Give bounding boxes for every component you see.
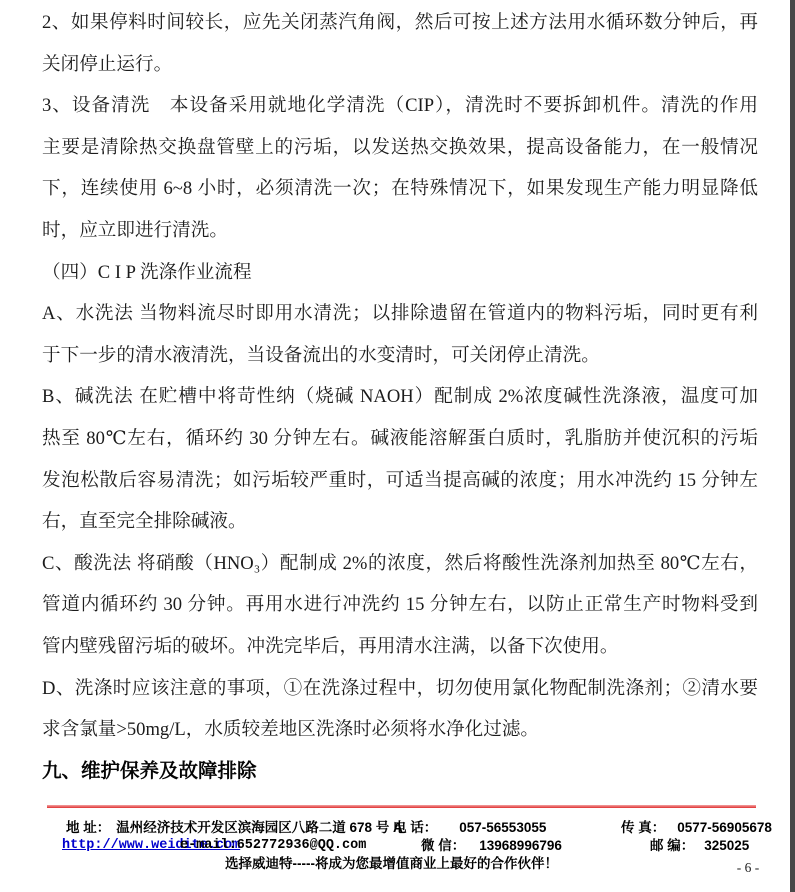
footer-divider-line [47,805,756,808]
fax-label: 传 真： [621,820,665,835]
text-line: A、水洗法 当物料流尽时即用水清洗；以排除遗留在管道内的物料污垢，同时更有利 [42,293,758,335]
email-address: e-mail:652772936@QQ.com [180,837,366,854]
text-line: 下，连续使用 6~8 小时，必须清洗一次；在特殊情况下，如果发现生产能力明显降低 [42,168,758,210]
page-footer: 地 址：温州经济技术开发区滨海园区八路二道 678 号 A 电 话：057-56… [0,815,795,880]
text-line: 3、设备清洗 本设备采用就地化学清洗（CIP），清洗时不要拆卸机件。清洗的作用 [42,85,758,127]
wechat-value: 13968996796 [479,838,562,853]
page-number: - 6 - [720,860,776,876]
footer-tagline: 选择威迪特-----将成为您最增值商业上最好的合作伙伴！ [225,855,558,872]
text-line: 于下一步的清水液清洗，当设备流出的水变清时，可关闭停止清洗。 [42,335,758,377]
text-line: 主要是清除热交换盘管壁上的污垢，以发送热交换效果，提高设备能力，在一般情况 [42,127,758,169]
text-line: （四）C I P 洗涤作业流程 [42,252,758,294]
postcode-label: 邮 编： [650,838,694,853]
section-heading: 九、维护保养及故障排除 [42,751,758,793]
footer-wechat: 微 信：13968996796 [421,837,562,854]
phone-value: 057-56553055 [459,820,546,835]
phone-label: 电 话： [393,820,437,835]
text-line: 求含氯量>50mg/L，水质较差地区洗涤时必须将水净化过滤。 [42,709,758,751]
text-line: 右，直至完全排除碱液。 [42,501,758,543]
fax-value: 0577-56905678 [677,820,772,835]
address-label: 地 址： [66,820,110,835]
page-right-edge [790,0,795,892]
footer-address: 地 址：温州经济技术开发区滨海园区八路二道 678 号 A [66,819,403,836]
footer-phone: 电 话：057-56553055 [393,819,546,836]
address-value: 温州经济技术开发区滨海园区八路二道 678 号 A [116,820,403,835]
text-line: 热至 80℃左右，循环约 30 分钟左右。碱液能溶解蛋白质时，乳脂肪并使沉积的污… [42,418,758,460]
footer-fax: 传 真：0577-56905678 [621,819,772,836]
text-line: 2、如果停料时间较长，应先关闭蒸汽角阀，然后可按上述方法用水循环数分钟后，再 [42,2,758,44]
text-line: 管内壁残留污垢的破坏。冲洗完毕后，再用清水注满，以备下次使用。 [42,626,758,668]
postcode-value: 325025 [704,838,749,853]
document-body: 2、如果停料时间较长，应先关闭蒸汽角阀，然后可按上述方法用水循环数分钟后，再关闭… [42,2,758,792]
text-line: 时，应立即进行清洗。 [42,210,758,252]
text-line: D、洗涤时应该注意的事项，①在洗涤过程中，切勿使用氯化物配制洗涤剂；②清水要 [42,668,758,710]
text-line: 关闭停止运行。 [42,44,758,86]
text-line: 发泡松散后容易清洗；如污垢较严重时，可适当提高碱的浓度；用水冲洗约 15 分钟左 [42,460,758,502]
text-line: 管道内循环约 30 分钟。再用水进行冲洗约 15 分钟左右，以防止正常生产时物料… [42,584,758,626]
text-line: B、碱洗法 在贮槽中将苛性纳（烧碱 NAOH）配制成 2%浓度碱性洗涤液，温度可… [42,376,758,418]
footer-postcode: 邮 编：325025 [650,837,749,854]
text-line: C、酸洗法 将硝酸（HNO₃）配制成 2%的浓度，然后将酸性洗涤剂加热至 80℃… [42,543,758,585]
wechat-label: 微 信： [421,838,465,853]
